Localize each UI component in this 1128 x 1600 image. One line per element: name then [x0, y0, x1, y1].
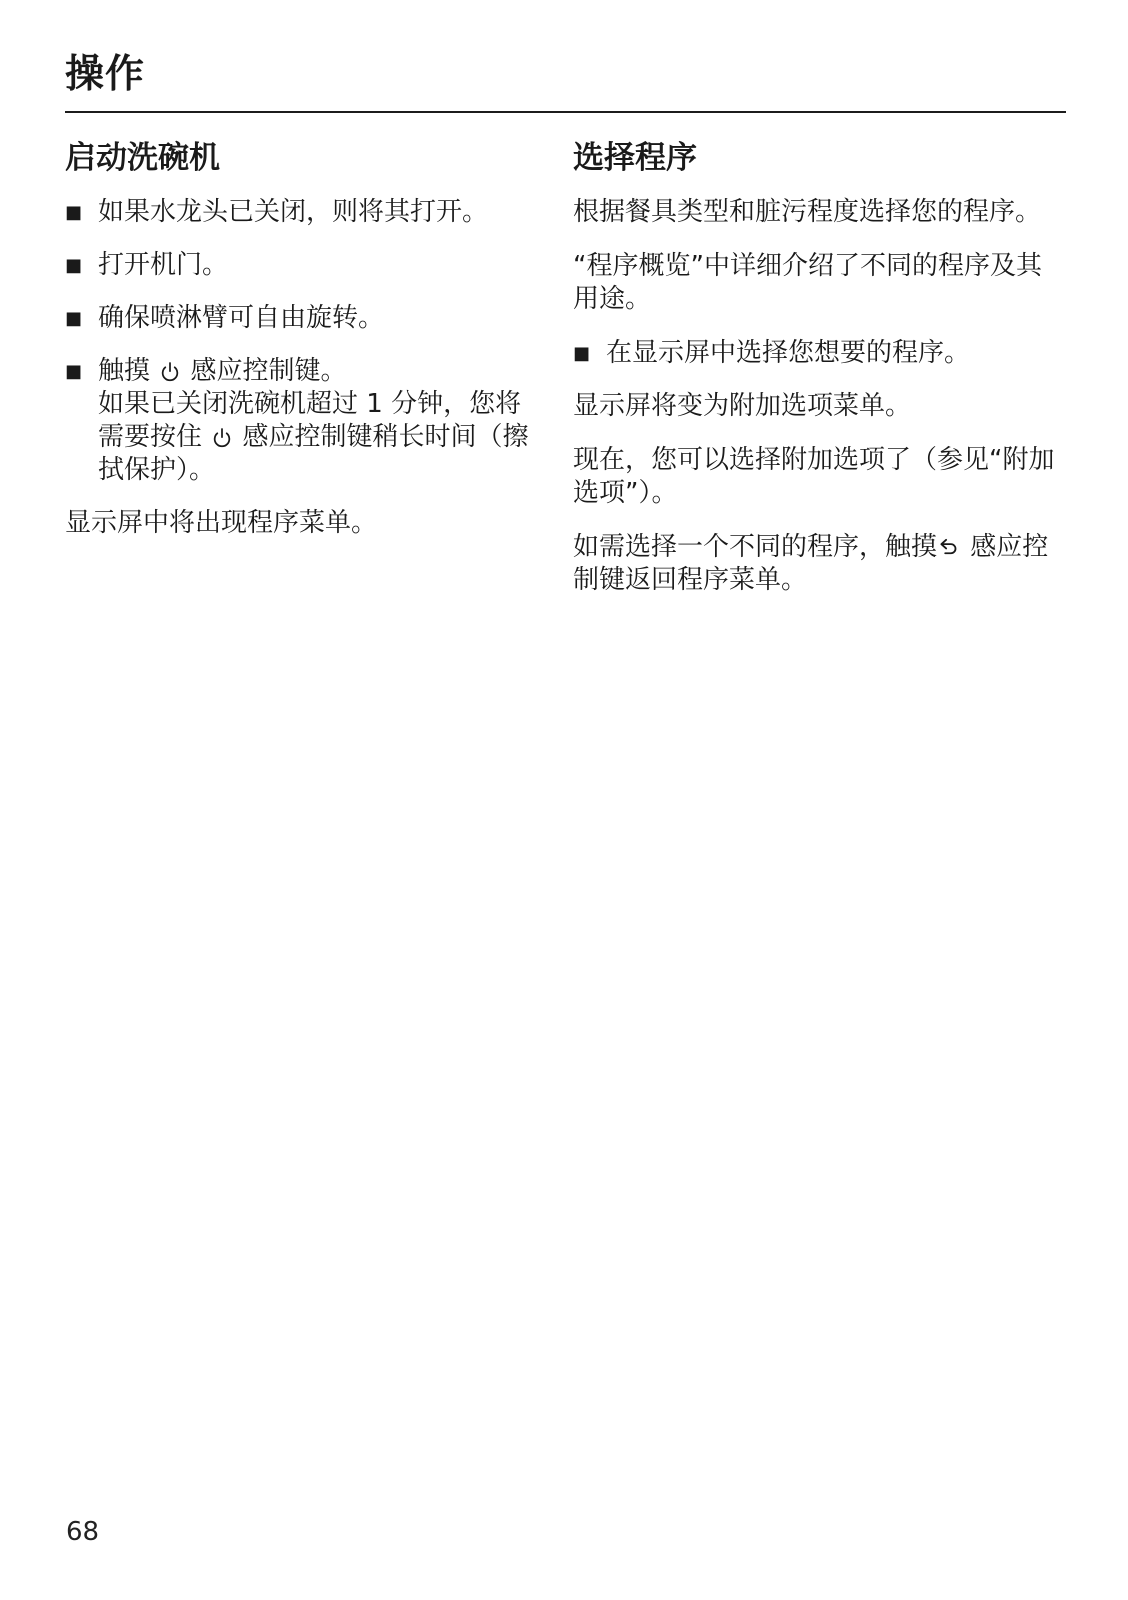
list-item: ■ 打开机门。	[65, 249, 531, 282]
section-heading-select: 选择程序	[573, 139, 1066, 177]
text-segment: 如需选择一个不同的程序，触摸	[573, 532, 937, 562]
paragraph: 显示屏将变为附加选项菜单。	[573, 390, 1066, 423]
page-content: 操作 启动洗碗机 ■ 如果水龙头已关闭，则将其打开。 ■ 打开机门。 ■	[0, 0, 1128, 618]
page-number: 68	[66, 1516, 99, 1549]
list-item: ■ 确保喷淋臂可自由旋转。	[65, 302, 531, 335]
bullet-square-icon: ■	[65, 302, 98, 335]
list-item-text: 确保喷淋臂可自由旋转。	[98, 302, 531, 335]
bullet-square-icon: ■	[65, 249, 98, 282]
start-steps-list: ■ 如果水龙头已关闭，则将其打开。 ■ 打开机门。 ■ 确保喷淋臂可自由旋转。 …	[65, 196, 531, 487]
back-icon	[938, 536, 961, 559]
list-item-text: 触摸 感应控制键。 如果已关闭洗碗机超过 1 分钟，您将需要按住 感应控制键稍长…	[98, 355, 531, 487]
paragraph: 根据餐具类型和脏污程度选择您的程序。	[573, 196, 1066, 229]
title-rule	[65, 111, 1066, 113]
list-item-text: 如果水龙头已关闭，则将其打开。	[98, 196, 531, 229]
manual-page: 操作 启动洗碗机 ■ 如果水龙头已关闭，则将其打开。 ■ 打开机门。 ■	[0, 0, 1128, 1600]
paragraph: 如需选择一个不同的程序，触摸 感应控制键返回程序菜单。	[573, 531, 1066, 597]
section-select-programme: 选择程序 根据餐具类型和脏污程度选择您的程序。 “程序概览”中详细介绍了不同的程…	[573, 139, 1066, 618]
select-steps-list: ■ 在显示屏中选择您想要的程序。	[573, 337, 1066, 370]
text-segment: 感应控制键。	[182, 356, 346, 386]
bullet-square-icon: ■	[65, 196, 98, 229]
text-segment: 触摸	[98, 356, 158, 386]
list-item: ■ 如果水龙头已关闭，则将其打开。	[65, 196, 531, 229]
paragraph: 显示屏中将出现程序菜单。	[65, 507, 531, 540]
two-column-layout: 启动洗碗机 ■ 如果水龙头已关闭，则将其打开。 ■ 打开机门。 ■ 确保喷淋臂可…	[65, 139, 1066, 618]
paragraph: “程序概览”中详细介绍了不同的程序及其用途。	[573, 250, 1066, 316]
section-heading-start: 启动洗碗机	[65, 139, 531, 177]
page-title: 操作	[65, 52, 1066, 98]
paragraph: 现在，您可以选择附加选项了（参见“附加选项”）。	[573, 444, 1066, 510]
bullet-square-icon: ■	[65, 355, 98, 487]
section-start-dishwasher: 启动洗碗机 ■ 如果水龙头已关闭，则将其打开。 ■ 打开机门。 ■ 确保喷淋臂可…	[65, 139, 531, 618]
list-item: ■ 在显示屏中选择您想要的程序。	[573, 337, 1066, 370]
list-item-text: 在显示屏中选择您想要的程序。	[606, 337, 1066, 370]
list-item: ■ 触摸 感应控制键。 如果已关闭洗碗机超过 1 分钟，您将需要按住 感应控制键…	[65, 355, 531, 487]
power-icon	[211, 427, 233, 449]
bullet-square-icon: ■	[573, 337, 606, 370]
list-item-text: 打开机门。	[98, 249, 531, 282]
power-icon	[159, 361, 181, 383]
